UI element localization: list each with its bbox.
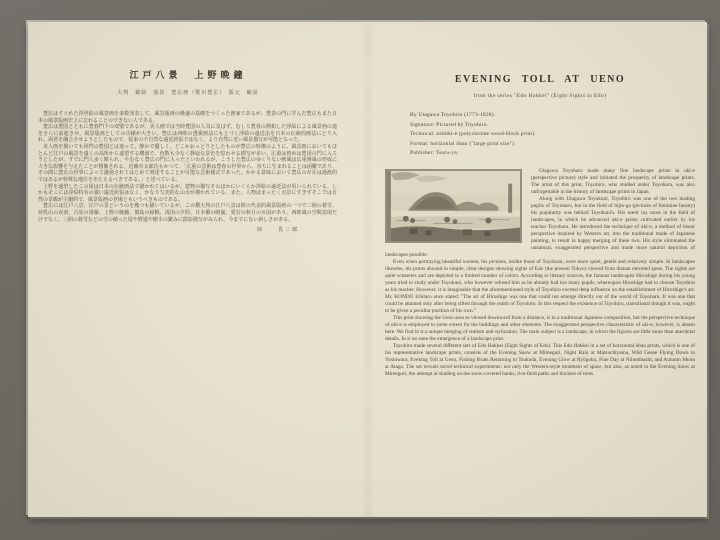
english-paragraph: Toyohiro made several different sets of …: [385, 343, 695, 378]
print-thumbnail-image: [385, 169, 522, 243]
english-paragraph: Even when portraying beautiful women, hi…: [385, 259, 695, 315]
credit-line-format: Format: horizontal ōban ("large print si…: [410, 140, 536, 150]
credit-line-artist: By Utagawa Toyohiro (1773-1828).: [410, 111, 536, 121]
japanese-title: 江戸八景 上野晩鐘: [38, 68, 338, 81]
japanese-paragraph: 上野を遠望したこの図は日本の伝統画法で描かれてはいるが、建物の描写そのほかにいく…: [38, 185, 337, 205]
series-subtitle: from the series "Edo Hakkei" (Eight Sigh…: [385, 93, 695, 99]
english-body-text: Utagawa Toyoharu made many fine landscap…: [385, 168, 695, 378]
english-column: EVENING TOLL AT UENO from the series "Ed…: [385, 22, 695, 517]
japanese-colophon-line: 大判 錦絵 落款 豊広画（歌川豊広） 版元 鶴屋: [38, 89, 338, 96]
japanese-body-text: 豊広はすぐれた浮世絵の風景画を多数発表して、風景版画の隆盛の基礎をつくった画家で…: [38, 112, 337, 235]
credit-line-publisher: Publisher: Tsuru-ya.: [410, 149, 536, 159]
japanese-paragraph: 豊広は豊国とともに豊春門下の双璧であるが、美人画では当時豊国の人気に及ばず、むし…: [38, 125, 337, 145]
english-title: EVENING TOLL AT UENO: [385, 74, 695, 85]
credit-line-technical: Technical: nishiki-e (polychrome wood-bl…: [410, 130, 536, 140]
japanese-paragraph: 豊広はすぐれた浮世絵の風景画を多数発表して、風景版画の隆盛の基礎をつくった画家で…: [38, 112, 337, 125]
credit-line-signature: Signature: Pictured by Toyohiro.: [410, 121, 536, 131]
author-credit: 岡 畏三郎: [38, 228, 337, 235]
photo-background: { "colors": { "backdrop": "#6d6b62", "pa…: [0, 0, 720, 540]
print-credits-block: By Utagawa Toyohiro (1773-1828). Signatu…: [410, 111, 536, 159]
left-page: 江戸八景 上野晩鐘 大判 錦絵 落款 豊広画（歌川豊広） 版元 鶴屋 豊広はすぐ…: [28, 22, 368, 517]
english-paragraph: This print showing the Ueno area as view…: [385, 315, 695, 343]
paper-sheet: 江戸八景 上野晩鐘 大判 錦絵 落款 豊広画（歌川豊広） 版元 鶴屋 豊広はすぐ…: [28, 22, 707, 517]
landscape-print-graphic: [386, 170, 521, 242]
japanese-paragraph: 美人画を描いても同門の豊国とは違って、静かで優しく、どこかおっとりとしたものが豊…: [38, 145, 337, 185]
japanese-paragraph: 豊広には江戸八景、江戸の景というのを幾つも描いているが、この横大判の江戸八景は彼…: [38, 204, 337, 224]
right-page: EVENING TOLL AT UENO from the series "Ed…: [368, 22, 707, 517]
